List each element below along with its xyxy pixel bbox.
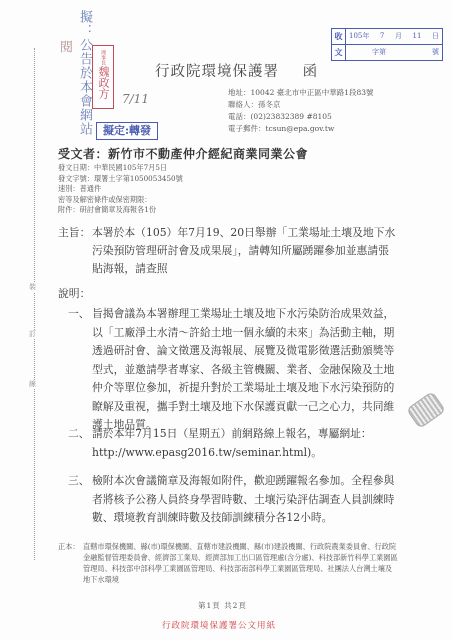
receipt-month-unit: 月	[395, 31, 402, 41]
item-number: 三、	[68, 472, 90, 491]
receipt-stamp: 收 105年 7 月 11 日 文 字第 號	[331, 28, 443, 61]
explanation-item-2: 二、 請於本年7月15日（星期五）前網路線上報名，專屬網址：http://www…	[68, 425, 398, 462]
receipt-day: 11	[412, 32, 421, 40]
margin-mark-line: 線	[29, 380, 36, 389]
item-number: 二、	[68, 425, 90, 444]
doc-number: 發文字號：環署土字第1050053450號	[58, 174, 183, 185]
receipt-number-prefix: 字第	[372, 47, 386, 57]
explanation-item-3: 三、 檢附本次會議簡章及海報如附件，歡迎踴躍報名參加。全程參與者將核予公務人員終…	[68, 472, 398, 528]
handwritten-instruction: 擬：公告於本會網站	[78, 10, 92, 136]
document-type: 函	[303, 64, 319, 80]
item-number: 一、	[68, 305, 90, 324]
contact-block: 地址：10042 臺北市中正區中華路1段83號 聯絡人：孫冬京 電話：(02)2…	[228, 87, 374, 135]
read-mark-handwriting: 閱	[55, 40, 74, 53]
speed-class: 速別：普通件	[58, 184, 183, 195]
explanation-item-1: 一、 旨揭會議為本署辦理工業場址土壤及地下水污染防治成果效益，以「工廠淨土水清～…	[68, 305, 398, 435]
email: 電子郵件：tcsun@epa.gov.tw	[228, 123, 374, 135]
letterhead-footer: 行政院環境保護署公文用紙	[162, 619, 276, 631]
receipt-recv-label: 收	[332, 29, 346, 45]
recipient: 受文者：新竹市不動產仲介經紀商業同業公會	[58, 145, 308, 162]
subject-section: 主旨： 本署於本（105）年7月19、20日舉辦「工業場址土壤及地下水污染預防管…	[58, 224, 398, 278]
security-level: 密等及解密條件或保密期限：	[58, 195, 183, 206]
cc-section: 正本： 直轄市環保機關、縣(市)環保機關、直轄市建設機關、縣(市)建設機關、行政…	[58, 541, 398, 585]
phone: 電話：(02)23832389 #8105	[228, 111, 374, 123]
margin-mark-staple: 訂	[29, 330, 36, 339]
receipt-year: 105年	[349, 31, 369, 41]
issue-date: 發文日期：中華民國105年7月5日	[58, 163, 183, 174]
receipt-number: 字第 號	[346, 45, 442, 61]
handwritten-date: 7/11	[122, 92, 149, 106]
receipt-number-suffix: 號	[432, 47, 439, 57]
item-text: 旨揭會議為本署辦理工業場址土壤及地下水污染防治成果效益，以「工廠淨土水清～許給土…	[92, 305, 398, 435]
draft-stamp: 擬定:轉發	[96, 122, 158, 140]
chairman-name: 魏政方	[97, 66, 109, 99]
item-text: 檢附本次會議簡章及海報如附件，歡迎踴躍報名參加。全程參與者將核予公務人員終身學習…	[92, 472, 398, 528]
explanation-label: 說明：	[58, 286, 90, 301]
binding-margin-line	[34, 48, 35, 560]
barcode-stamp-icon	[406, 391, 446, 429]
page-indicator: 第1頁 共2頁	[198, 600, 247, 611]
document-header: 行政院環境保護署 函	[155, 60, 318, 81]
chairman-title: 理事長	[100, 49, 106, 65]
document-meta: 發文日期：中華民國105年7月5日 發文字號：環署土字第1050053450號 …	[58, 163, 183, 216]
address: 地址：10042 臺北市中正區中華路1段83號	[228, 87, 374, 99]
cc-text: 直轄市環保機關、縣(市)環保機關、直轄市建設機關、縣(市)建設機關、行政院農業委…	[83, 541, 398, 585]
cc-label: 正本：	[58, 541, 80, 552]
contact-person: 聯絡人：孫冬京	[228, 99, 374, 111]
receipt-date: 105年 7 月 11 日	[346, 29, 442, 45]
receipt-day-unit: 日	[432, 31, 439, 41]
margin-mark-bind: 裝	[29, 283, 36, 292]
attachments: 附件：研討會簡章及海報各1份	[58, 205, 183, 216]
receipt-doc-label: 文	[332, 45, 346, 61]
item-text: 請於本年7月15日（星期五）前網路線上報名，專屬網址：http://www.ep…	[92, 425, 398, 462]
agency-name: 行政院環境保護署	[155, 64, 279, 80]
subject-text: 本署於本（105）年7月19、20日舉辦「工業場址土壤及地下水污染預防管理研討會…	[92, 224, 398, 278]
subject-label: 主旨：	[58, 224, 90, 242]
receipt-month: 7	[380, 32, 384, 40]
chairman-stamp: 理事長 魏政方	[92, 45, 114, 109]
